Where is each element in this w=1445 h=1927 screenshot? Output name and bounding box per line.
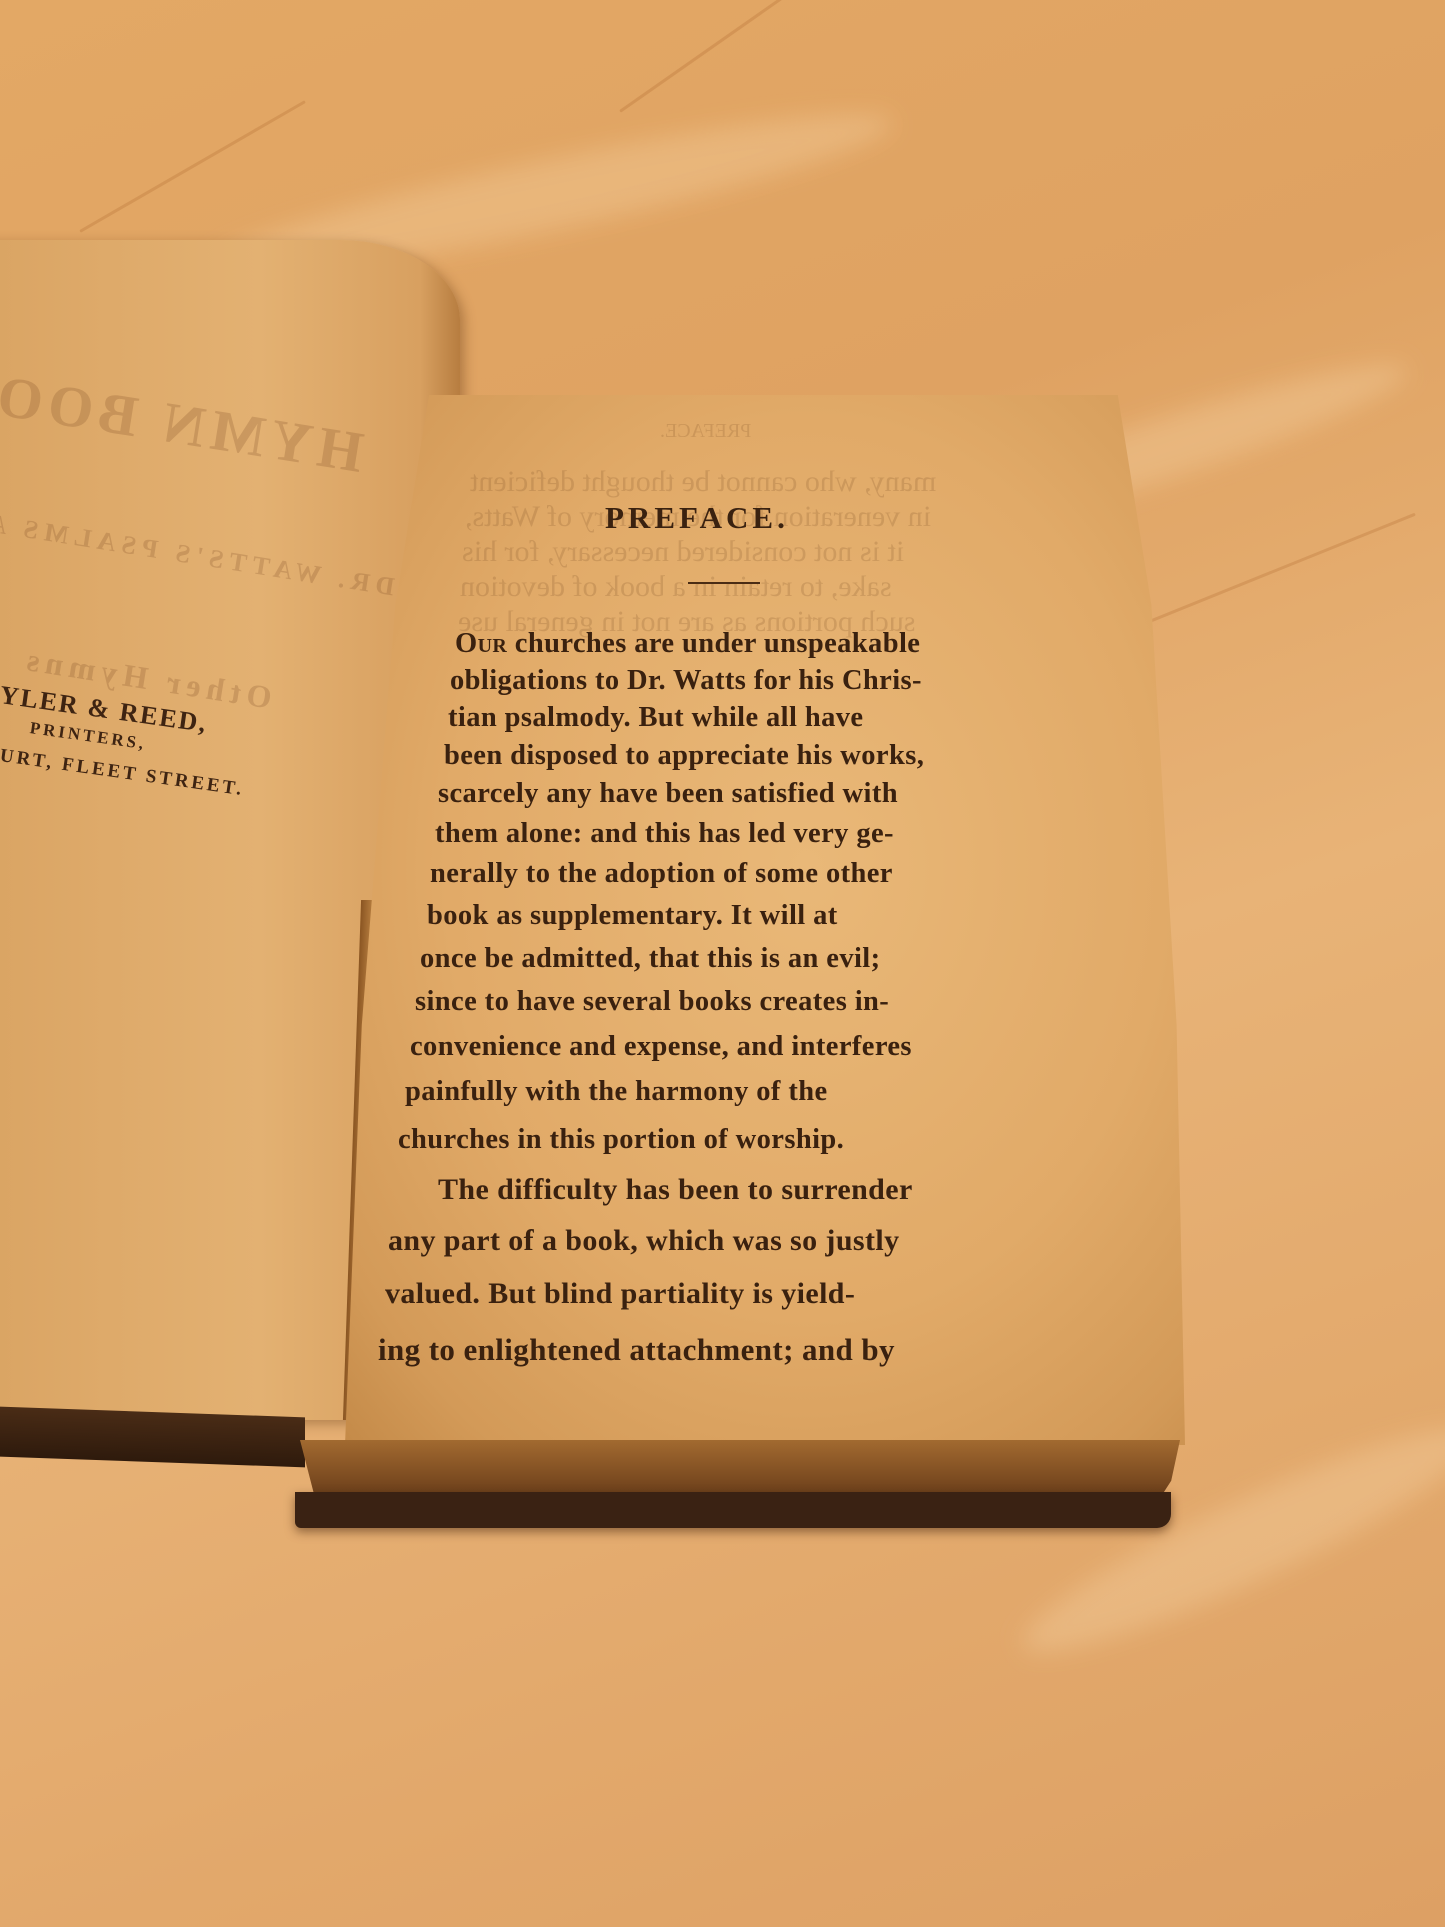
text-line: valued. But blind partiality is yield- <box>385 1277 855 1311</box>
text-line: been disposed to appreciate his works, <box>444 740 924 772</box>
text-line: scarcely any have been satisfied with <box>438 778 898 810</box>
text-line: them alone: and this has led very ge- <box>435 818 894 850</box>
text-line: nerally to the adoption of some other <box>430 858 893 890</box>
text-line: book as supplementary. It will at <box>427 900 838 932</box>
text-line: since to have several books creates in- <box>415 986 889 1018</box>
ghost-line: DR. WATTS'S PSALMS A <box>0 508 396 603</box>
bleed-line: many, who cannot be thought deficient <box>470 465 936 499</box>
imprint-address: URT, FLEET STREET. <box>0 745 246 801</box>
bleed-line: it is not considered necessary, for his <box>462 535 904 569</box>
text-line: tian psalmody. But while all have <box>448 702 863 734</box>
bleed-line: sake, to retain in a book of devotion <box>460 570 892 604</box>
text-line: convenience and expense, and interferes <box>410 1031 912 1063</box>
text-line: Our churches are under unspeakable <box>455 628 920 660</box>
text-line: The difficulty has been to surrender <box>438 1173 913 1207</box>
text-line: obligations to Dr. Watts for his Chris- <box>450 665 922 697</box>
bleed-line: PREFACE. <box>660 420 751 443</box>
left-cover-edge <box>0 1407 305 1468</box>
title-rule <box>688 582 760 584</box>
page-title: PREFACE. <box>605 500 789 536</box>
ghost-title: HYMN BOO <box>0 361 368 486</box>
text-line: churches in this portion of worship. <box>398 1124 844 1156</box>
lead-word: Our <box>455 628 507 659</box>
fabric-crease <box>619 0 883 113</box>
fabric-crease <box>79 100 306 233</box>
back-cover <box>295 1492 1171 1528</box>
text-line: ing to enlightened attachment; and by <box>378 1332 895 1368</box>
line-text: churches are under unspeakable <box>507 628 920 659</box>
text-line: painfully with the harmony of the <box>405 1076 828 1108</box>
text-line: any part of a book, which was so justly <box>388 1224 900 1258</box>
text-line: once be admitted, that this is an evil; <box>420 943 881 975</box>
